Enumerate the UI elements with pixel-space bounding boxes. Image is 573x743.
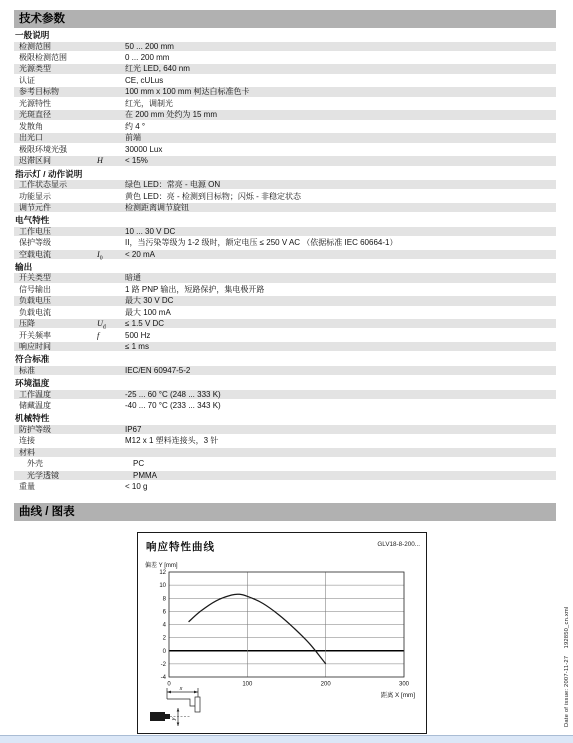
- spec-row: 功能显示黄色 LED：亮 - 检测到目标物；闪烁 - 非稳定状态: [14, 192, 556, 201]
- spec-row: 工作电压10 ... 30 V DC: [14, 227, 556, 236]
- spec-label: 光学透镜: [14, 471, 105, 480]
- response-curve-panel: 121086420-2-40100200300 响应特性曲线 GLV18-8-2…: [137, 532, 427, 734]
- spec-table: 一般说明检测范围50 ... 200 mm极限检测范围0 ... 200 mm光…: [14, 30, 556, 491]
- spec-label: 工作电压: [14, 227, 97, 236]
- spec-value: 前端: [125, 133, 556, 142]
- spec-row: 响应时间≤ 1 ms: [14, 342, 556, 351]
- spec-label: 极限环境光强: [14, 145, 97, 154]
- chart-model-label: GLV18-8-200...: [377, 541, 420, 548]
- spec-section-title: 一般说明: [15, 30, 556, 40]
- spec-row: 材料: [14, 448, 556, 457]
- spec-value: 在 200 mm 处约为 15 mm: [125, 110, 556, 119]
- spec-label: 重量: [14, 482, 97, 491]
- chart-title: 响应特性曲线: [146, 539, 215, 554]
- spec-value: II，当污染等级为 1-2 级时，额定电压 ≤ 250 V AC （依据标准 I…: [125, 238, 556, 247]
- spec-row: 光斑直径在 200 mm 处约为 15 mm: [14, 110, 556, 119]
- spec-section-title: 机械特性: [15, 413, 556, 423]
- spec-label: 负载电压: [14, 296, 97, 305]
- section-header-technical-data: 技术参数: [14, 10, 556, 28]
- spec-value: 0 ... 200 mm: [125, 53, 556, 62]
- spec-label: 调节元件: [14, 203, 97, 212]
- spec-row: 外壳PC: [14, 459, 556, 468]
- spec-value: PMMA: [133, 471, 556, 480]
- spec-row: 检测范围50 ... 200 mm: [14, 42, 556, 51]
- spec-value: 10 ... 30 V DC: [125, 227, 556, 236]
- spec-section-title: 电气特性: [15, 215, 556, 225]
- spec-row: 空载电流I0< 20 mA: [14, 250, 556, 259]
- spec-label: 参考目标物: [14, 87, 97, 96]
- y-tick-label: 10: [159, 583, 166, 589]
- spec-label: 储藏温度: [14, 401, 97, 410]
- spec-row: 调节元件检测距离调节旋钮: [14, 203, 556, 212]
- spec-label: 连接: [14, 436, 97, 445]
- spec-section-title: 环境温度: [15, 378, 556, 388]
- spec-value: 绿色 LED：常亮 - 电源 ON: [125, 180, 556, 189]
- spec-row: 负载电流最大 100 mA: [14, 308, 556, 317]
- chart-y-axis-label: 偏差 Y [mm]: [145, 560, 178, 569]
- y-tick-label: 2: [163, 636, 167, 642]
- spec-value: < 15%: [125, 156, 556, 165]
- spec-symbol: I0: [97, 250, 125, 264]
- spec-label: 极限检测范围: [14, 53, 97, 62]
- spec-row: 防护等级IP67: [14, 425, 556, 434]
- spec-row: 极限环境光强30000 Lux: [14, 145, 556, 154]
- spec-label: 认证: [14, 76, 97, 85]
- y-tick-label: 8: [163, 596, 167, 602]
- spec-symbol: f: [97, 331, 125, 340]
- spec-value: 红光 LED, 640 nm: [125, 64, 556, 73]
- x-tick-label: 100: [242, 682, 253, 688]
- spec-value: -40 ... 70 °C (233 ... 343 K): [125, 401, 556, 410]
- spec-label: 迟滞区间: [14, 156, 97, 165]
- response-curve: [189, 594, 326, 664]
- spec-label: 负载电流: [14, 308, 97, 317]
- spec-label: 防护等级: [14, 425, 97, 434]
- spec-value: 最大 30 V DC: [125, 296, 556, 305]
- spec-value: ≤ 1 ms: [125, 342, 556, 351]
- beam-path: [167, 699, 195, 706]
- spec-value: 50 ... 200 mm: [125, 42, 556, 51]
- spec-row: 开关频率f500 Hz: [14, 331, 556, 340]
- sensor-body: [150, 712, 165, 721]
- spec-row: 储藏温度-40 ... 70 °C (233 ... 343 K): [14, 401, 556, 410]
- spec-row: 信号输出1 路 PNP 输出，短路保护，集电极开路: [14, 285, 556, 294]
- spec-row: 工作温度-25 ... 60 °C (248 ... 333 K): [14, 390, 556, 399]
- spec-value: < 10 g: [125, 482, 556, 491]
- spec-label: 标准: [14, 366, 97, 375]
- spec-row: 认证CE, cULus: [14, 76, 556, 85]
- spec-label: 材料: [14, 448, 97, 457]
- spec-value: 约 4 °: [125, 122, 556, 131]
- spec-row: 迟滞区间H< 15%: [14, 156, 556, 165]
- spec-row: 光学透镜PMMA: [14, 471, 556, 480]
- spec-label: 光斑直径: [14, 110, 97, 119]
- spec-row: 开关类型暗通: [14, 273, 556, 282]
- y-tick-label: 12: [159, 570, 166, 576]
- spec-row: 参考目标物100 mm x 100 mm 柯达白标准色卡: [14, 87, 556, 96]
- schematic-y-label: y: [171, 716, 177, 721]
- spec-section-title: 符合标准: [15, 354, 556, 364]
- spec-label: 发散角: [14, 122, 97, 131]
- arrowhead-right: [194, 691, 198, 694]
- spec-label: 响应时间: [14, 342, 97, 351]
- spec-label: 光源类型: [14, 64, 97, 73]
- spec-label: 工作温度: [14, 390, 97, 399]
- spec-label: 外壳: [14, 459, 105, 468]
- target-rect: [195, 697, 200, 712]
- chart-x-axis-label: 距离 X [mm]: [381, 690, 415, 699]
- y-tick-label: -4: [161, 675, 167, 681]
- spec-label: 检测范围: [14, 42, 97, 51]
- spec-row: 重量< 10 g: [14, 482, 556, 491]
- spec-value: ≤ 1.5 V DC: [125, 319, 556, 328]
- spec-label: 压降: [14, 319, 97, 328]
- x-tick-label: 200: [321, 682, 332, 688]
- spec-label: 开关频率: [14, 331, 97, 340]
- spec-label: 空载电流: [14, 250, 97, 259]
- spec-value: PC: [133, 459, 556, 468]
- spec-value: IP67: [125, 425, 556, 434]
- spec-label: 开关类型: [14, 273, 97, 282]
- spec-label: 信号输出: [14, 285, 97, 294]
- schematic-x-label: x: [179, 686, 183, 692]
- x-tick-label: 300: [399, 682, 410, 688]
- datasheet-page: 技术参数 一般说明检测范围50 ... 200 mm极限检测范围0 ... 20…: [0, 0, 573, 743]
- spec-section-title: 指示灯 / 动作说明: [15, 169, 556, 179]
- y-tick-label: -2: [161, 662, 167, 668]
- spec-value: 黄色 LED：亮 - 检测到目标物；闪烁 - 非稳定状态: [125, 192, 556, 201]
- spec-value: 100 mm x 100 mm 柯达白标准色卡: [125, 87, 556, 96]
- y-tick-label: 0: [163, 649, 167, 655]
- spec-value: IEC/EN 60947-5-2: [125, 366, 556, 375]
- arrowhead-down: [177, 723, 180, 727]
- arrowhead-up: [177, 708, 180, 712]
- technical-data-section: 技术参数 一般说明检测范围50 ... 200 mm极限检测范围0 ... 20…: [14, 10, 556, 494]
- spec-value: 500 Hz: [125, 331, 556, 340]
- y-tick-label: 4: [163, 623, 167, 629]
- spec-row: 连接M12 x 1 塑料连接头，3 针: [14, 436, 556, 445]
- spec-label: 保护等级: [14, 238, 97, 247]
- sensor-barrel: [165, 714, 170, 719]
- spec-value: 最大 100 mA: [125, 308, 556, 317]
- arrowhead-left: [167, 691, 171, 694]
- spec-label: 出光口: [14, 133, 97, 142]
- spec-label: 光源特性: [14, 99, 97, 108]
- footer-bar: [0, 735, 573, 743]
- section-header-curves: 曲线 / 图表: [14, 503, 556, 521]
- spec-value: -25 ... 60 °C (248 ... 333 K): [125, 390, 556, 399]
- spec-value: CE, cULus: [125, 76, 556, 85]
- spec-value: < 20 mA: [125, 250, 556, 259]
- spec-value: 红光，调制光: [125, 99, 556, 108]
- issue-date-note: Date of issue: 2007-11-27 192850_cn.xml: [564, 577, 570, 727]
- spec-label: 工作状态显示: [14, 180, 97, 189]
- spec-label: 功能显示: [14, 192, 97, 201]
- spec-value: 1 路 PNP 输出，短路保护，集电极开路: [125, 285, 556, 294]
- spec-value: 检测距离调节旋钮: [125, 203, 556, 212]
- spec-row: 标准IEC/EN 60947-5-2: [14, 366, 556, 375]
- spec-value: 暗通: [125, 273, 556, 282]
- spec-value: M12 x 1 塑料连接头，3 针: [125, 436, 556, 445]
- y-tick-label: 6: [163, 609, 167, 615]
- spec-symbol: H: [97, 156, 125, 165]
- spec-row: 光源特性红光，调制光: [14, 99, 556, 108]
- sensor-schematic-icon: xy: [148, 685, 220, 733]
- spec-row: 负载电压最大 30 V DC: [14, 296, 556, 305]
- spec-value: 30000 Lux: [125, 145, 556, 154]
- spec-row: 光源类型红光 LED, 640 nm: [14, 64, 556, 73]
- spec-row: 保护等级II，当污染等级为 1-2 级时，额定电压 ≤ 250 V AC （依据…: [14, 238, 556, 247]
- spec-row: 出光口前端: [14, 133, 556, 142]
- spec-row: 发散角约 4 °: [14, 122, 556, 131]
- spec-row: 极限检测范围0 ... 200 mm: [14, 53, 556, 62]
- spec-row: 工作状态显示绿色 LED：常亮 - 电源 ON: [14, 180, 556, 189]
- spec-row: 压降Ud≤ 1.5 V DC: [14, 319, 556, 328]
